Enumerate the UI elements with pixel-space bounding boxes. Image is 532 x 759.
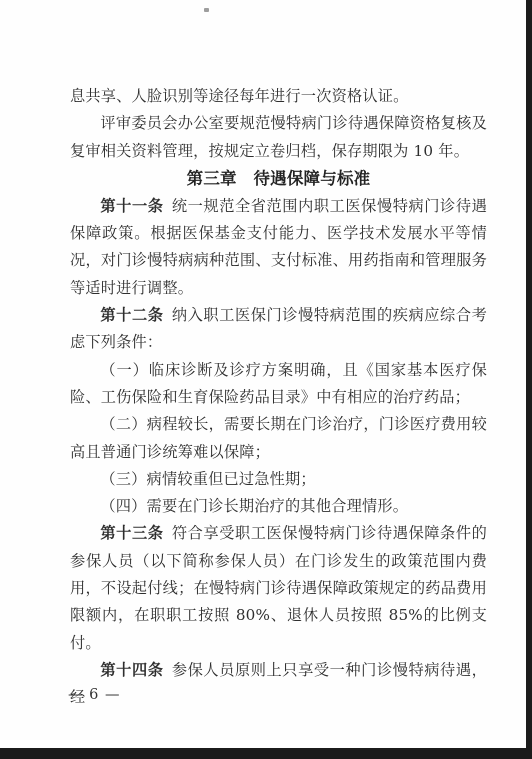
paragraph-text: （三）病情较重但已过急性期； [100,470,315,488]
article-lead: 第十二条 [100,306,163,324]
paragraph-article-12: 第十二条纳入职工医保门诊慢特病范围的疾病应综合考虑下列条件： [70,302,487,357]
article-lead: 第十四条 [100,661,163,679]
article-lead: 第十三条 [100,524,163,542]
paragraph-continuation: 息共享、人脸识别等途径每年进行一次资格认证。 [70,83,487,110]
document-body: 息共享、人脸识别等途径每年进行一次资格认证。 评审委员会办公室要规范慢特病门诊待… [70,83,487,712]
paragraph-text: 评审委员会办公室要规范慢特病门诊待遇保障资格复核及复审相关资料管理，按规定立卷归… [70,114,487,159]
paragraph-item-4: （四）需要在门诊长期治疗的其他合理情形。 [70,493,487,520]
paragraph-text: 符合享受职工医保慢特病门诊待遇保障条件的参保人员（以下简称参保人员）在门诊发生的… [70,524,487,651]
scan-speck-artifact [204,8,209,12]
paragraph-text: （四）需要在门诊长期治疗的其他合理情形。 [100,497,408,515]
paragraph-article-13: 第十三条符合享受职工医保慢特病门诊待遇保障条件的参保人员（以下简称参保人员）在门… [70,520,487,656]
page-number: — 6 — [68,687,120,703]
paragraph-text: 息共享、人脸识别等途径每年进行一次资格认证。 [70,87,409,105]
paragraph: 评审委员会办公室要规范慢特病门诊待遇保障资格复核及复审相关资料管理，按规定立卷归… [70,110,487,165]
paragraph-article-14: 第十四条参保人员原则上只享受一种门诊慢特病待遇，经 [70,657,487,712]
scan-edge-bottom [0,748,532,759]
paragraph-item-3: （三）病情较重但已过急性期； [70,466,487,493]
paragraph-text: （二）病程较长，需要长期在门诊治疗，门诊医疗费用较高且普通门诊统筹难以保障； [70,415,487,460]
paragraph-item-1: （一）临床诊断及诊疗方案明确，且《国家基本医疗保险、工伤保险和生育保险药品目录》… [70,357,487,412]
article-lead: 第十一条 [100,197,163,215]
paragraph-article-11: 第十一条统一规范全省范围内职工医保慢特病门诊待遇保障政策。根据医保基金支付能力、… [70,193,487,302]
paragraph-text: （一）临床诊断及诊疗方案明确，且《国家基本医疗保险、工伤保险和生育保险药品目录》… [70,361,487,406]
document-page: 息共享、人脸识别等途径每年进行一次资格认证。 评审委员会办公室要规范慢特病门诊待… [0,0,532,759]
chapter-heading: 第三章 待遇保障与标准 [70,165,487,193]
scan-edge-right [526,0,532,759]
paragraph-item-2: （二）病程较长，需要长期在门诊治疗，门诊医疗费用较高且普通门诊统筹难以保障； [70,411,487,466]
